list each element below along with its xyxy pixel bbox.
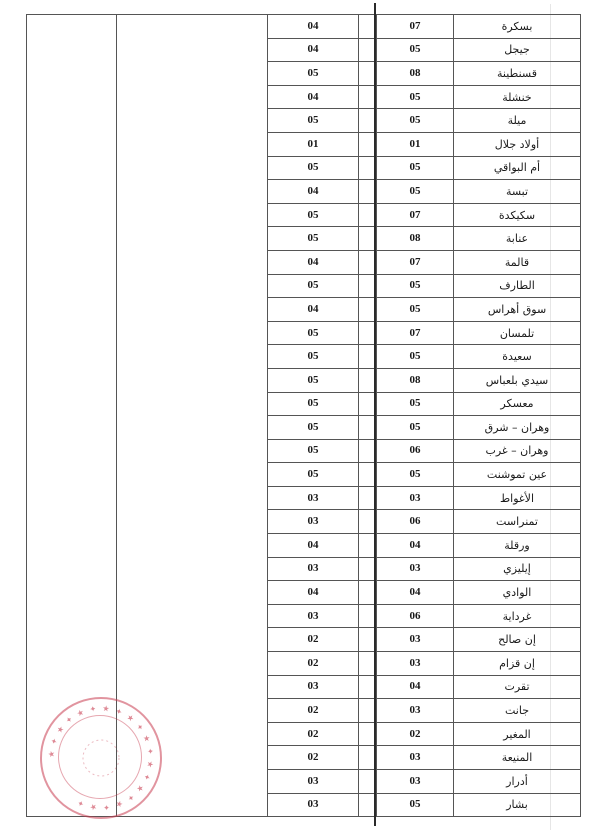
value-2-cell: 02 [268,699,359,723]
value-2-cell: 04 [268,180,359,204]
value-1-cell: 03 [377,557,454,581]
value-2-cell: 04 [268,298,359,322]
wilaya-name-cell: عين تموشنت [454,463,581,487]
wilaya-name-cell: الوادي [454,581,581,605]
value-1-cell: 05 [377,274,454,298]
value-1-cell: 07 [377,321,454,345]
value-1-cell: 05 [377,180,454,204]
wilaya-name-cell: بسكرة [454,15,581,39]
value-1-cell: 03 [377,486,454,510]
value-2-cell: 05 [268,156,359,180]
wilaya-name-cell: قالمة [454,250,581,274]
table-row: 0407بسكرة [27,15,581,39]
value-2-cell: 02 [268,722,359,746]
wilaya-name-cell: أدرار [454,770,581,794]
value-2-cell: 03 [268,486,359,510]
value-1-cell: 07 [377,15,454,39]
wilaya-name-cell: تبسة [454,180,581,204]
value-2-cell: 05 [268,392,359,416]
value-1-cell: 04 [377,675,454,699]
wilaya-name-cell: أم البواقي [454,156,581,180]
blank-column-b [117,15,268,817]
data-table: 0407بسكرة0405جيجل0508قسنطينة0405خنشلة050… [26,14,581,817]
wilaya-name-cell: معسكر [454,392,581,416]
wilaya-name-cell: تمنراست [454,510,581,534]
value-2-cell: 03 [268,604,359,628]
value-2-cell: 03 [268,675,359,699]
wilaya-name-cell: إن صالح [454,628,581,652]
value-1-cell: 07 [377,250,454,274]
value-2-cell: 04 [268,250,359,274]
value-2-cell: 03 [268,557,359,581]
blank-column-a [27,15,117,817]
value-2-cell: 03 [268,770,359,794]
value-1-cell: 05 [377,109,454,133]
value-2-cell: 05 [268,203,359,227]
value-1-cell: 05 [377,298,454,322]
value-2-cell: 02 [268,628,359,652]
wilaya-name-cell: جيجل [454,38,581,62]
value-2-cell: 05 [268,109,359,133]
value-1-cell: 05 [377,392,454,416]
wilaya-name-cell: المنيعة [454,746,581,770]
value-2-cell: 05 [268,321,359,345]
center-vertical-rule [374,3,376,826]
value-1-cell: 04 [377,581,454,605]
wilaya-name-cell: قسنطينة [454,62,581,86]
value-2-cell: 04 [268,534,359,558]
wilaya-name-cell: سيدي بلعباس [454,368,581,392]
value-1-cell: 05 [377,85,454,109]
wilaya-name-cell: خنشلة [454,85,581,109]
value-1-cell: 05 [377,156,454,180]
value-2-cell: 02 [268,746,359,770]
value-1-cell: 07 [377,203,454,227]
wilaya-name-cell: تقرت [454,675,581,699]
value-2-cell: 05 [268,345,359,369]
wilaya-name-cell: سعيدة [454,345,581,369]
wilaya-name-cell: وهران – غرب [454,439,581,463]
wilaya-name-cell: جانت [454,699,581,723]
value-2-cell: 03 [268,793,359,817]
value-1-cell: 03 [377,770,454,794]
value-1-cell: 04 [377,534,454,558]
value-2-cell: 05 [268,439,359,463]
wilaya-name-cell: تلمسان [454,321,581,345]
wilaya-name-cell: ميلة [454,109,581,133]
value-2-cell: 05 [268,62,359,86]
value-1-cell: 03 [377,652,454,676]
value-1-cell: 03 [377,699,454,723]
wilaya-name-cell: وهران – شرق [454,416,581,440]
value-2-cell: 04 [268,85,359,109]
wilaya-name-cell: بشار [454,793,581,817]
wilaya-name-cell: إن قزام [454,652,581,676]
value-2-cell: 04 [268,15,359,39]
value-1-cell: 05 [377,38,454,62]
wilaya-name-cell: سكيكدة [454,203,581,227]
wilaya-name-cell: سوق أهراس [454,298,581,322]
wilaya-name-cell: عنابة [454,227,581,251]
value-1-cell: 03 [377,746,454,770]
wilaya-name-cell: المغير [454,722,581,746]
value-1-cell: 05 [377,793,454,817]
wilaya-name-cell: غرداية [454,604,581,628]
value-1-cell: 08 [377,227,454,251]
value-1-cell: 05 [377,345,454,369]
value-2-cell: 05 [268,227,359,251]
value-1-cell: 02 [377,722,454,746]
value-2-cell: 01 [268,132,359,156]
document-page: 0407بسكرة0405جيجل0508قسنطينة0405خنشلة050… [0,0,589,832]
value-2-cell: 03 [268,510,359,534]
wilaya-name-cell: الأغواط [454,486,581,510]
value-2-cell: 05 [268,368,359,392]
value-1-cell: 05 [377,416,454,440]
value-1-cell: 08 [377,368,454,392]
value-2-cell: 02 [268,652,359,676]
value-1-cell: 06 [377,604,454,628]
value-2-cell: 04 [268,38,359,62]
value-1-cell: 08 [377,62,454,86]
wilaya-name-cell: الطارف [454,274,581,298]
value-2-cell: 04 [268,581,359,605]
value-1-cell: 06 [377,439,454,463]
value-1-cell: 03 [377,628,454,652]
wilaya-name-cell: أولاد جلال [454,132,581,156]
value-1-cell: 05 [377,463,454,487]
value-2-cell: 05 [268,416,359,440]
wilaya-name-cell: ورقلة [454,534,581,558]
wilaya-name-cell: إيليزي [454,557,581,581]
value-1-cell: 01 [377,132,454,156]
value-1-cell: 06 [377,510,454,534]
value-2-cell: 05 [268,463,359,487]
table-body: 0407بسكرة0405جيجل0508قسنطينة0405خنشلة050… [27,15,581,817]
value-2-cell: 05 [268,274,359,298]
